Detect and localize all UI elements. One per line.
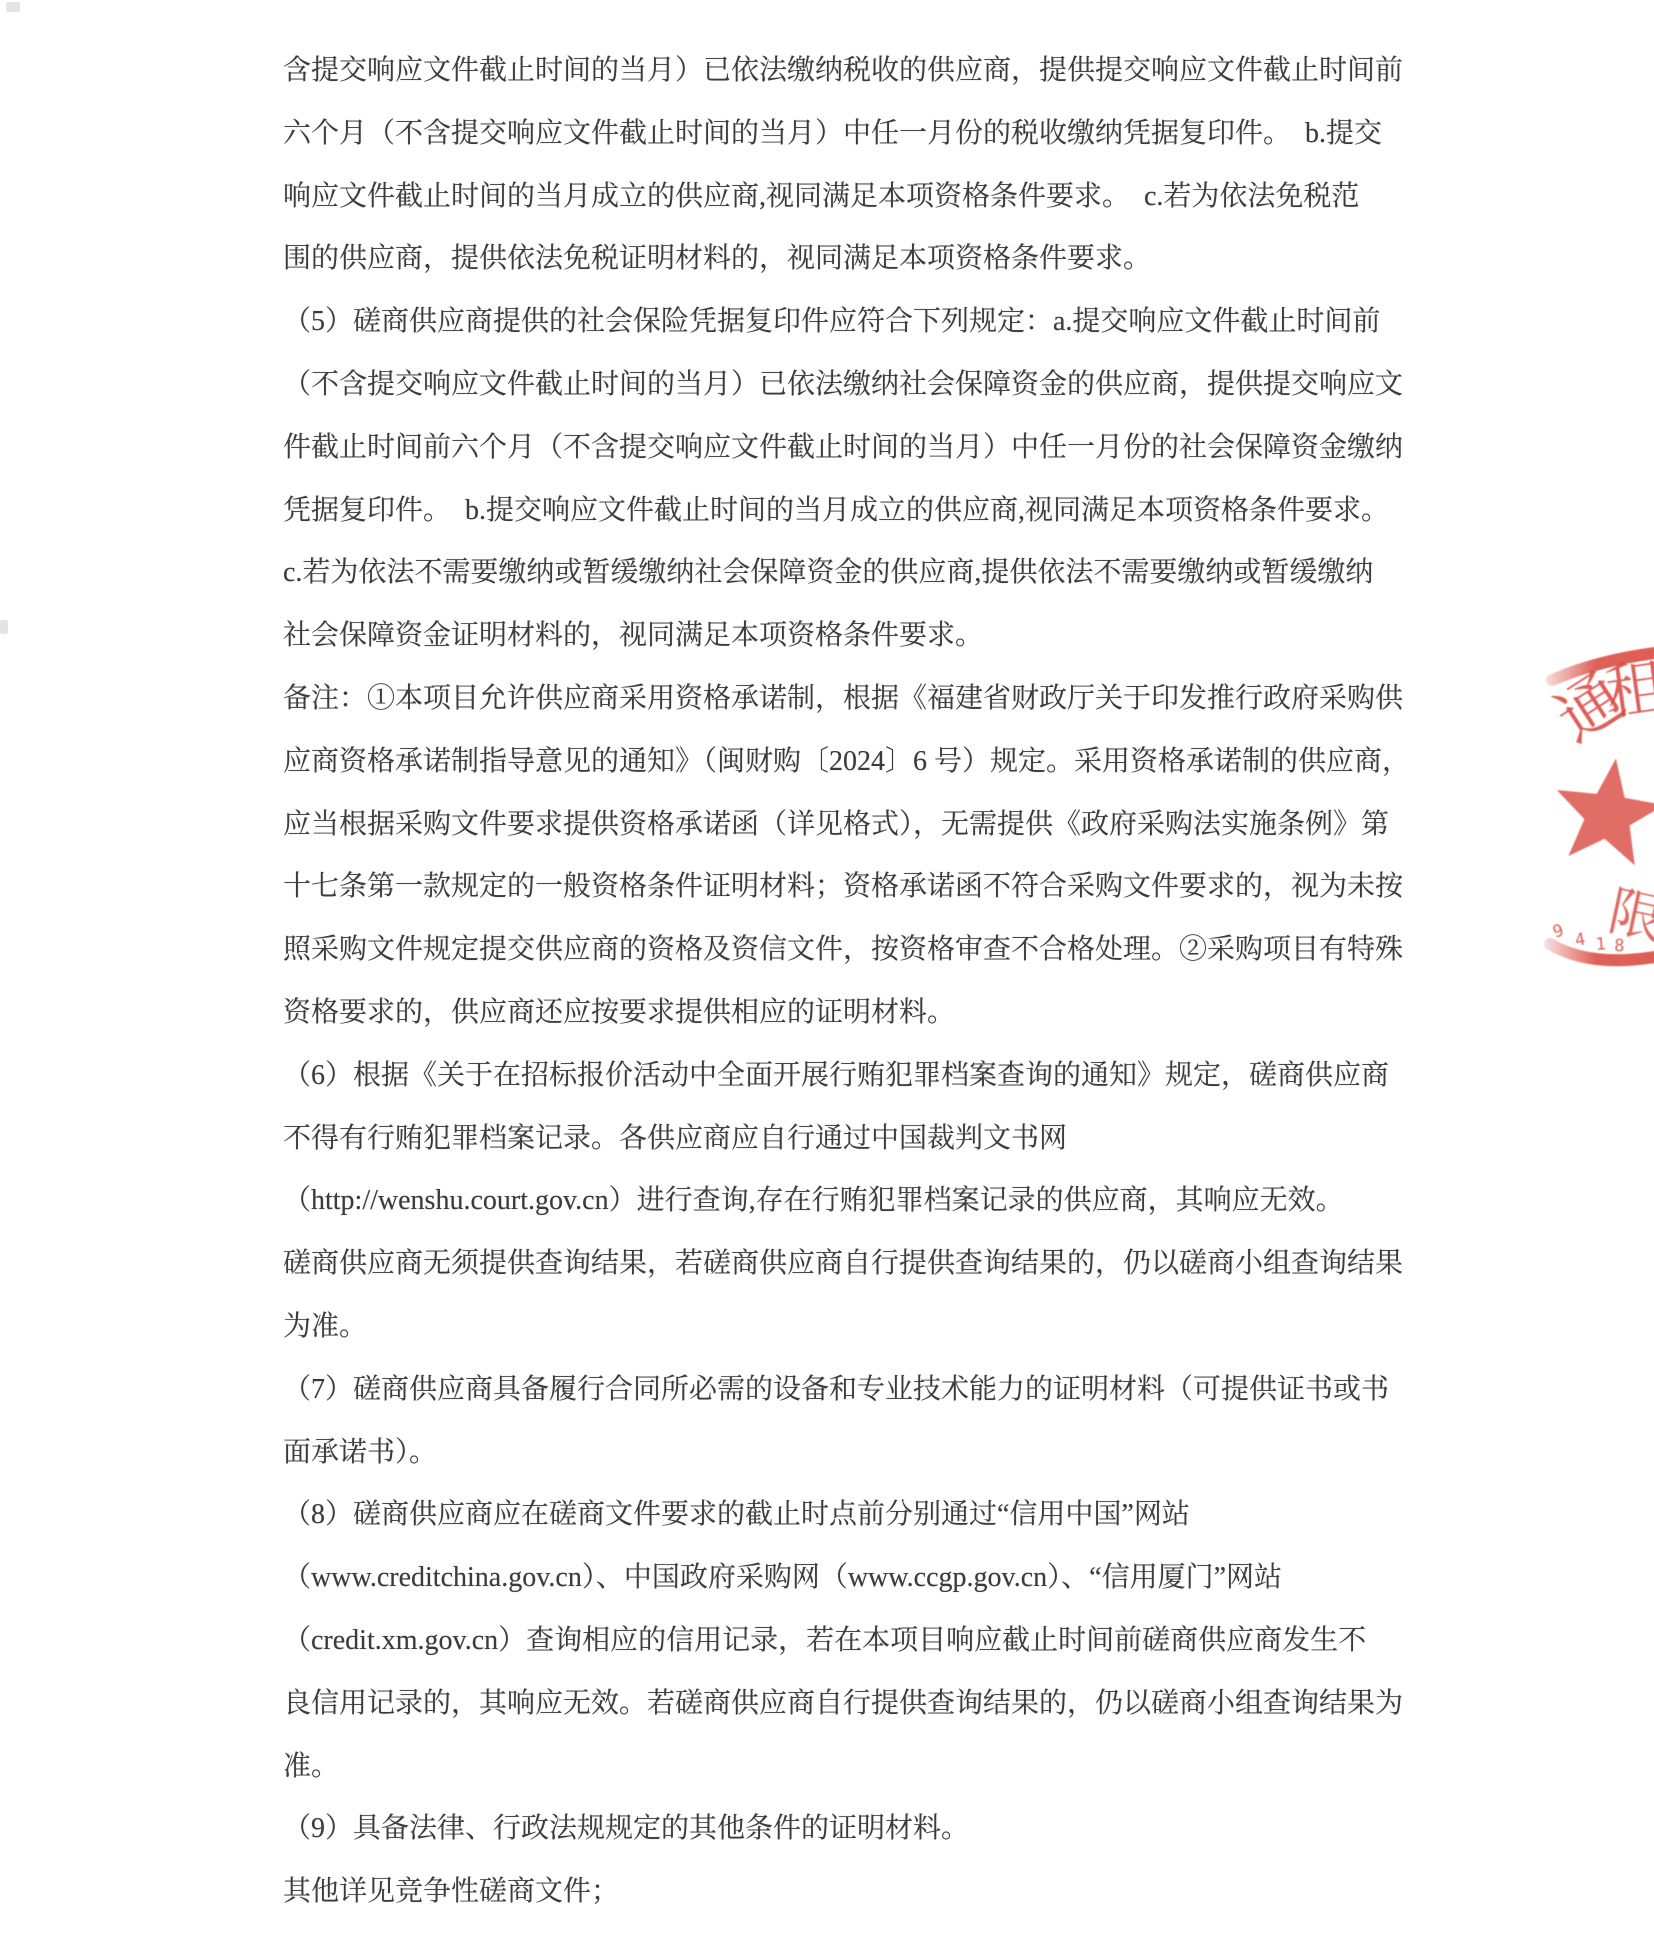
scan-artifact	[6, 2, 20, 12]
document-line-23: 面承诺书）。	[283, 1422, 1473, 1485]
scanned-document-page: 含提交响应文件截止时间的当月）已依法缴纳税收的供应商，提供提交响应文件截止时间前…	[0, 0, 1654, 1952]
seal-arc-character: 租	[1602, 653, 1654, 727]
document-line-16: 资格要求的，供应商还应按要求提供相应的证明材料。	[283, 982, 1473, 1045]
document-line-4: 围的供应商，提供依法免税证明材料的，视同满足本项资格条件要求。	[283, 228, 1473, 291]
document-line-15: 照采购文件规定提交供应商的资格及资信文件，按资格审查不合格处理。②采购项目有特殊	[283, 919, 1473, 982]
seal-serial-digit: 9	[1550, 921, 1566, 943]
document-line-6: （不含提交响应文件截止时间的当月）已依法缴纳社会保障资金的供应商，提供提交响应文	[283, 354, 1473, 417]
document-line-9: c.若为依法不需要缴纳或暂缓缴纳社会保障资金的供应商,提供依法不需要缴纳或暂缓缴…	[283, 542, 1473, 605]
seal-top-arc	[1552, 649, 1654, 680]
company-seal-stamp: 通 租 限 9 4 1 8	[1500, 628, 1654, 973]
star-icon	[1548, 751, 1654, 868]
document-line-14: 十七条第一款规定的一般资格条件证明材料；资格承诺函不符合采购文件要求的，视为未按	[283, 856, 1473, 919]
document-line-27: 良信用记录的，其响应无效。若磋商供应商自行提供查询结果的，仍以磋商小组查询结果为	[283, 1673, 1473, 1736]
document-line-5: （5）磋商供应商提供的社会保险凭据复印件应符合下列规定：a.提交响应文件截止时间…	[283, 291, 1473, 354]
document-line-20: 磋商供应商无须提供查询结果，若磋商供应商自行提供查询结果的，仍以磋商小组查询结果	[283, 1233, 1473, 1296]
seal-arc-character: 通	[1544, 661, 1636, 755]
document-line-22: （7）磋商供应商具备履行合同所必需的设备和专业技术能力的证明材料（可提供证书或书	[283, 1359, 1473, 1422]
document-line-12: 应商资格承诺制指导意见的通知》（闽财购〔2024〕6 号）规定。采用资格承诺制的…	[283, 731, 1473, 794]
document-line-30: 其他详见竞争性磋商文件；	[283, 1861, 1473, 1924]
seal-bottom-arc	[1550, 926, 1654, 960]
document-line-28: 准。	[283, 1736, 1473, 1799]
scan-artifact	[0, 620, 8, 634]
document-line-19: （http://wenshu.court.gov.cn）进行查询,存在行贿犯罪档…	[283, 1170, 1473, 1233]
seal-serial-digit: 8	[1614, 936, 1625, 956]
document-line-18: 不得有行贿犯罪档案记录。各供应商应自行通过中国裁判文书网	[283, 1108, 1473, 1171]
seal-serial-digit: 4	[1573, 929, 1587, 950]
document-line-10: 社会保障资金证明材料的，视同满足本项资格条件要求。	[283, 605, 1473, 668]
document-line-25: （www.creditchina.gov.cn）、中国政府采购网（www.ccg…	[283, 1547, 1473, 1610]
document-line-3: 响应文件截止时间的当月成立的供应商,视同满足本项资格条件要求。 c.若为依法免税…	[283, 166, 1473, 229]
document-line-1: 含提交响应文件截止时间的当月）已依法缴纳税收的供应商，提供提交响应文件截止时间前	[283, 40, 1473, 103]
seal-serial-number: 9 4 1 8	[1550, 921, 1624, 957]
document-text-block: 含提交响应文件截止时间的当月）已依法缴纳税收的供应商，提供提交响应文件截止时间前…	[283, 40, 1473, 1924]
document-line-24: （8）磋商供应商应在磋商文件要求的截止时点前分别通过“信用中国”网站	[283, 1484, 1473, 1547]
document-line-13: 应当根据采购文件要求提供资格承诺函（详见格式），无需提供《政府采购法实施条例》第	[283, 794, 1473, 857]
document-line-11: 备注：①本项目允许供应商采用资格承诺制，根据《福建省财政厅关于印发推行政府采购供	[283, 668, 1473, 731]
document-line-7: 件截止时间前六个月（不含提交响应文件截止时间的当月）中任一月份的社会保障资金缴纳	[283, 417, 1473, 480]
document-line-8: 凭据复印件。 b.提交响应文件截止时间的当月成立的供应商,视同满足本项资格条件要…	[283, 480, 1473, 543]
document-line-21: 为准。	[283, 1296, 1473, 1359]
seal-bottom-character: 限	[1603, 881, 1654, 951]
seal-serial-digit: 1	[1595, 934, 1607, 955]
document-line-2: 六个月（不含提交响应文件截止时间的当月）中任一月份的税收缴纳凭据复印件。 b.提…	[283, 103, 1473, 166]
document-line-17: （6）根据《关于在招标报价活动中全面开展行贿犯罪档案查询的通知》规定，磋商供应商	[283, 1045, 1473, 1108]
document-line-29: （9）具备法律、行政法规规定的其他条件的证明材料。	[283, 1798, 1473, 1861]
document-line-26: （credit.xm.gov.cn）查询相应的信用记录，若在本项目响应截止时间前…	[283, 1610, 1473, 1673]
